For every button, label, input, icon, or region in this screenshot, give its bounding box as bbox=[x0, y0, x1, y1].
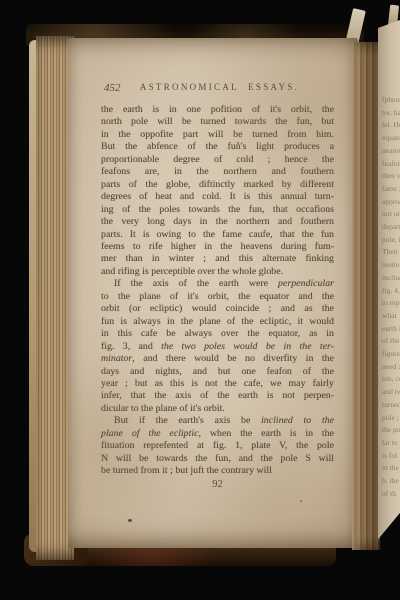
body-line: parts of the globe, diftinctly marked by… bbox=[101, 179, 334, 191]
facing-fragment: lar to th bbox=[382, 437, 400, 450]
facing-fragment: the pole bbox=[382, 424, 400, 437]
body-line: orbit (or ecliptic) would coincide ; and… bbox=[101, 303, 334, 315]
facing-fragment: in the bbox=[382, 462, 400, 475]
body-line: days and nights, and but one feafon of t… bbox=[101, 366, 334, 378]
facing-fragment: is fol bbox=[382, 450, 400, 463]
facing-fragment: inclinatio bbox=[382, 272, 400, 285]
body-line: mer than in winter ; and this alternate … bbox=[101, 253, 334, 265]
ink-speck bbox=[128, 519, 132, 522]
facing-fragment: pole, it w bbox=[382, 234, 400, 247]
facing-fragment: of th bbox=[382, 488, 400, 501]
facing-fragment: equator, bbox=[382, 132, 400, 145]
facing-fragment: then ver bbox=[382, 170, 400, 183]
facing-fragment: tor, has a bbox=[382, 107, 400, 120]
paragraph: the earth is in one pofition of it's orb… bbox=[101, 104, 334, 278]
running-title: ASTRONOMICAL ESSAYS. bbox=[101, 82, 334, 92]
facing-fragment: lel. He bbox=[382, 119, 400, 132]
body-line: But the abfence of the fun's light produ… bbox=[101, 141, 334, 153]
facing-fragment: departs f bbox=[382, 221, 400, 234]
paragraph: But if the earth's axis be inclined to t… bbox=[101, 415, 334, 477]
facing-fragment: fphere, bbox=[382, 94, 400, 107]
facing-page: fphere,tor, has alel. Heequator,nearer t… bbox=[378, 20, 400, 550]
facing-fragment: Their bbox=[382, 246, 400, 259]
facing-fragment: fig. 4, p bbox=[382, 285, 400, 298]
body-line: fituation reprefented at fig. 1, plate V… bbox=[101, 440, 334, 452]
page-header: 452 ASTRONOMICAL ESSAYS. bbox=[101, 82, 334, 95]
facing-fragment: pole ; P bbox=[382, 412, 400, 425]
ink-speck bbox=[237, 142, 239, 144]
body-line: If the axis of the earth were perpendicu… bbox=[101, 278, 334, 290]
footer-page-number: 92 bbox=[101, 479, 334, 490]
body-line: dicular to the plane of it's orbit. bbox=[101, 403, 334, 415]
body-line: in this cafe be always over the equator,… bbox=[101, 328, 334, 340]
body-line: N will be towards the fun, and the pole … bbox=[101, 453, 334, 465]
body-line: infer, that the axis of the earth is not… bbox=[101, 390, 334, 402]
header-page-number: 452 bbox=[104, 82, 121, 94]
facing-page-text: fphere,tor, has alel. Heequator,nearer t… bbox=[378, 20, 400, 550]
ink-speck bbox=[300, 500, 302, 502]
body-line: the very long days in the northern and f… bbox=[101, 216, 334, 228]
body-paragraphs: the earth is in one pofition of it's orb… bbox=[101, 104, 334, 478]
facing-fragment: b. the bbox=[382, 475, 400, 488]
facing-fragment: what bbox=[382, 310, 400, 323]
facing-fragment: turned t bbox=[382, 399, 400, 412]
paragraph: If the axis of the earth were perpendicu… bbox=[101, 278, 334, 415]
facing-fragment: nor on th bbox=[382, 208, 400, 221]
body-line: proportionable degree of cold ; hence th… bbox=[101, 154, 334, 166]
page-gutter-edges bbox=[352, 42, 380, 550]
body-line: fig. 3, and the two poles would be in th… bbox=[101, 341, 334, 353]
body-line: and rifing is perceptible over the whole… bbox=[101, 266, 334, 278]
body-line: the earth is in one pofition of it's orb… bbox=[101, 104, 334, 116]
body-line: feems to rife higher in the heavens duri… bbox=[101, 241, 334, 253]
facing-fragment: motion of bbox=[382, 259, 400, 272]
facing-fragment: fame ; th bbox=[382, 183, 400, 196]
facing-fragment: earth is bbox=[382, 323, 400, 336]
body-line: to the plane of it's orbit, the equator … bbox=[101, 291, 334, 303]
book-page: 452 ASTRONOMICAL ESSAYS. the earth is in… bbox=[68, 38, 358, 548]
facing-fragment: and twili bbox=[382, 386, 400, 399]
body-line: degrees of heat and cold. It is this ann… bbox=[101, 191, 334, 203]
body-line: But if the earth's axis be inclined to t… bbox=[101, 415, 334, 427]
facing-fragment: of the c bbox=[382, 335, 400, 348]
facing-fragment: nearer to bbox=[382, 145, 400, 158]
body-line: be turned from it ; but juft the contrar… bbox=[101, 465, 334, 477]
facing-fragment: feafon a bbox=[382, 158, 400, 171]
facing-fragment: to repre bbox=[382, 297, 400, 310]
facing-fragment: ton, com bbox=[382, 373, 400, 386]
body-line: fun is always in the plane of the eclipt… bbox=[101, 316, 334, 328]
body-line: ing of the poles towards the fun, that o… bbox=[101, 204, 334, 216]
body-line: in the oppofite part will be turned from… bbox=[101, 129, 334, 141]
text-block: 452 ASTRONOMICAL ESSAYS. the earth is in… bbox=[101, 82, 334, 490]
body-line: parts. It is owing to the fame caufe, th… bbox=[101, 229, 334, 241]
body-line: north pole will be turned towards the fu… bbox=[101, 116, 334, 128]
body-line: plane of the ecliptic, when the earth is… bbox=[101, 428, 334, 440]
body-line: year ; but as this is not the cafe, we m… bbox=[101, 378, 334, 390]
facing-fragment: approach bbox=[382, 196, 400, 209]
body-line: feafons are, in the northern and fouther… bbox=[101, 166, 334, 178]
facing-fragment: figure wi bbox=[382, 348, 400, 361]
body-line: minator, and there would be no diverfity… bbox=[101, 353, 334, 365]
facing-fragment: need ; P bbox=[382, 361, 400, 374]
